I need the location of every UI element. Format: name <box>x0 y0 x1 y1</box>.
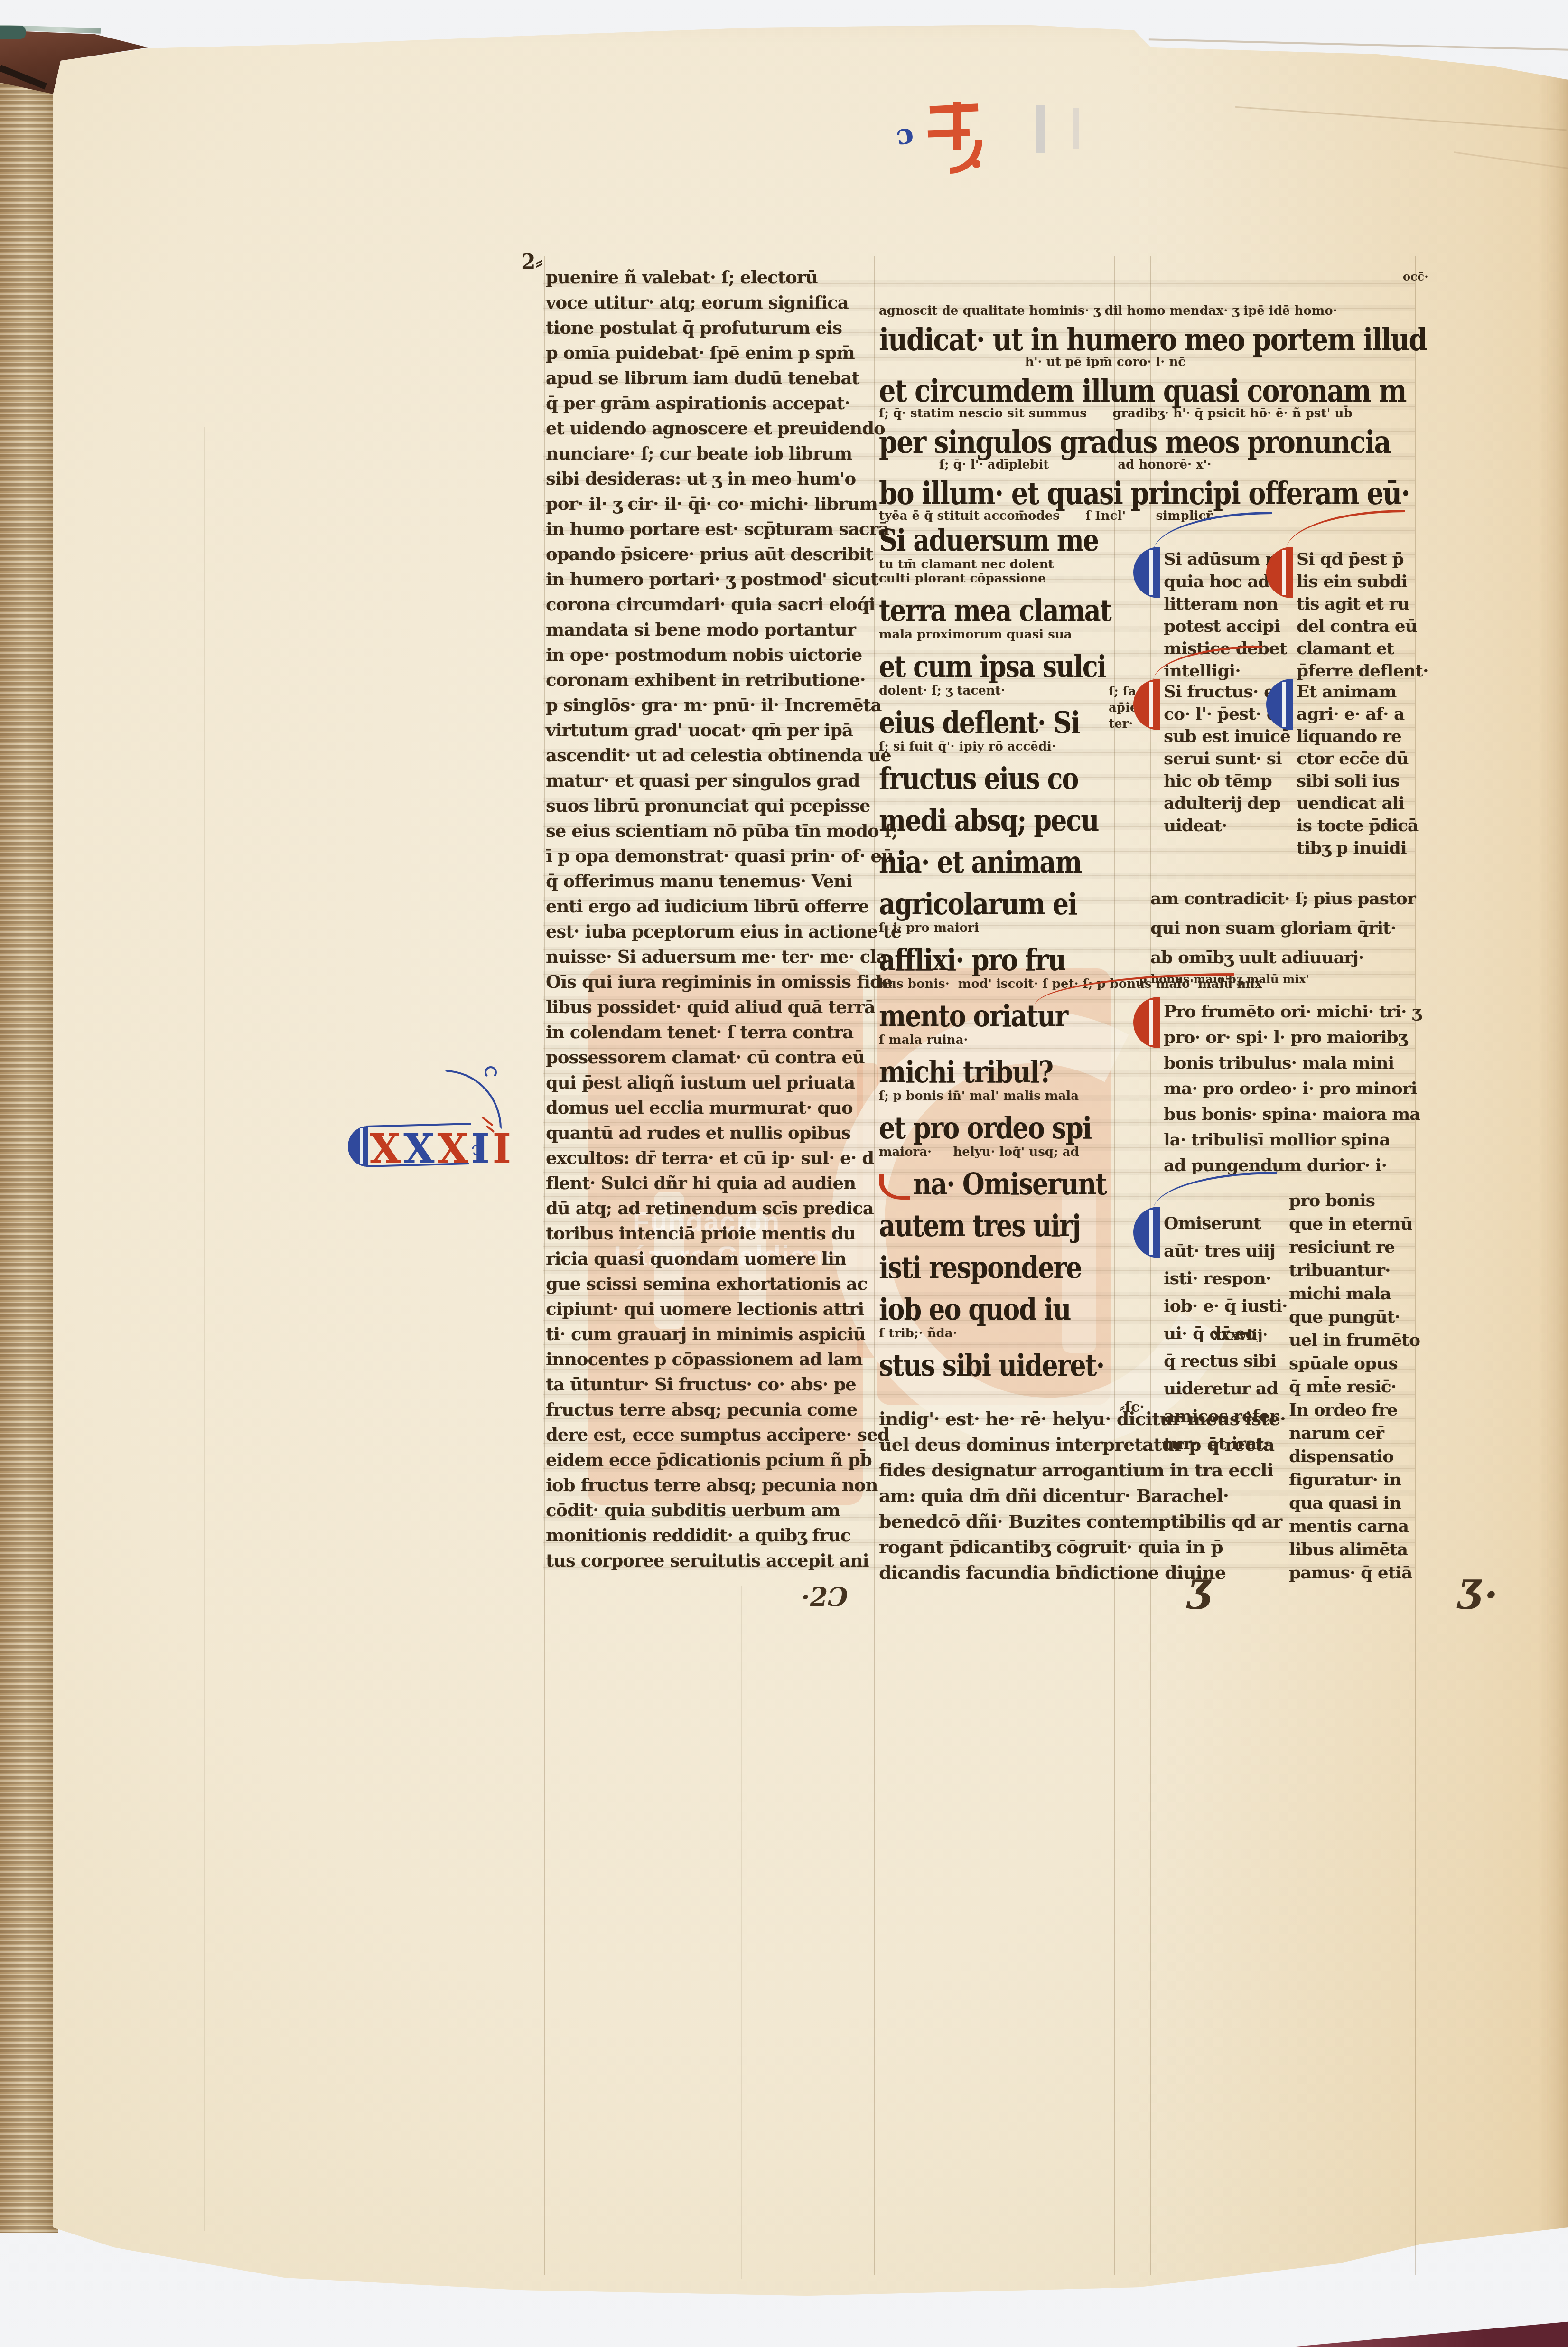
gloss-wide-merged: am contradicit· ſ; pius pastorqui non su… <box>1150 884 1416 972</box>
running-header-initial <box>928 102 985 173</box>
verse-line: iob eo quod iu <box>879 1285 1111 1334</box>
chapter-letter: X <box>403 1125 437 1172</box>
text-line: pamus· q̄ etiā <box>1289 1561 1415 1585</box>
text-line: qua quasi in <box>1289 1492 1415 1515</box>
verse-line: Si aduersum me <box>879 516 1111 565</box>
chapter-letter: X <box>370 1125 403 1172</box>
text-line: por· il· ʒ cir· il· q̄i· co· michi· libr… <box>546 491 861 516</box>
text-line: hic ob tēmp <box>1164 770 1278 792</box>
text-line: tus corporee seruitutis accepit ani <box>546 1548 861 1573</box>
text-line: innocentes p cōpassionem ad lam <box>546 1347 861 1372</box>
page-crease <box>741 1586 742 2279</box>
lower-book-corner <box>1291 2319 1568 2347</box>
text-line: cōdit· quia subditis uerbum am <box>546 1498 861 1523</box>
text-line: p̄ferre deflent· <box>1297 660 1415 682</box>
text-line: que pungūt· <box>1289 1305 1415 1329</box>
binding-cloth <box>0 26 26 39</box>
text-line: ctor ecc̄e dū <box>1297 748 1415 770</box>
text-line: dispensatio <box>1289 1445 1415 1468</box>
left-commentary-column: puenire ñ valebat· ſ; electorūvoce utitu… <box>546 265 861 1573</box>
text-line: dū atq; ad retinendum scīs predica <box>546 1196 861 1221</box>
verse-line: terra mea clamat <box>879 586 1111 635</box>
text-line: libus alimēta <box>1289 1538 1415 1561</box>
text-line: eidem ecce p̄dicationis pcium ñ pb̄ <box>546 1447 861 1473</box>
bottom-commentary: indig'· est· he· rē· helyu· dicitur meus… <box>879 1406 1263 1586</box>
text-line: nuisse· Si aduersum me· ter· me· cla <box>546 944 861 969</box>
text-line: fructus terre absq; pecunia come <box>546 1397 861 1422</box>
text-line: iob fructus terre absq; pecunia non <box>546 1473 861 1498</box>
text-line: benedcō dñi· Buzites contemptibilis qd a… <box>879 1509 1263 1534</box>
chapter-letter: I <box>493 1125 514 1172</box>
text-line: possessorem clamat· cū contra eū <box>546 1045 861 1070</box>
text-line: iob· e· q̄ iusti· <box>1164 1292 1278 1320</box>
bible-text-top-section: agnoscit de qualitate hominis· ʒ dil hom… <box>879 304 1420 523</box>
verse-line: et pro ordeo spi <box>879 1103 1111 1153</box>
book-page-block-edge <box>0 41 58 2233</box>
text-line: qui non suam gloriam q̄rit· <box>1150 913 1416 943</box>
interlinear-gloss: agnoscit de qualitate hominis· ʒ dil hom… <box>879 304 1420 318</box>
text-line: ī p opa demonstrat· quasi prin· of· eū <box>546 844 861 869</box>
quire-mark-right: Ʒ· <box>1458 1571 1498 1618</box>
text-line: tribuantur· <box>1289 1259 1415 1282</box>
text-line: la· tribulisī mollior spina <box>1164 1127 1420 1153</box>
text-line: p singlōs· gra· m· pnū· il· Incremēta <box>546 693 861 718</box>
text-line: del contra eū <box>1297 615 1415 638</box>
text-line: matur· et quasi per singulos grad <box>546 768 861 793</box>
text-line: Oīs qui iura regiminis in omissis fide <box>546 969 861 995</box>
text-line: resiciunt re <box>1289 1236 1415 1259</box>
text-line: spūale opus <box>1289 1352 1415 1375</box>
text-line: p omīa puidebat· ſpē enim p spm̄ <box>546 340 861 366</box>
text-line: coronam exhibent in retributione· <box>546 667 861 693</box>
text-line: lis ein subdi <box>1297 571 1415 593</box>
text-line: Si qd p̄est p̄ <box>1297 548 1415 571</box>
text-line: Et animam <box>1297 681 1415 703</box>
text-line: ad pungendum durior· i· <box>1164 1153 1420 1178</box>
text-line: Si adūsum me <box>1164 548 1278 571</box>
text-line: liquando re <box>1297 725 1415 748</box>
text-line: ricia quasi quondam uomere lin <box>546 1246 861 1271</box>
text-line: ascendit· ut ad celestia obtinenda ue <box>546 743 861 768</box>
text-line: qui p̄est aliqñ iustum uel priuata <box>546 1070 861 1095</box>
text-line: ti· cum grauarj in minimis aspiciū <box>546 1322 861 1347</box>
text-line: ui· q̄ dr̄ eo <box>1164 1320 1278 1347</box>
text-line: voce utitur· atq; eorum significa <box>546 290 861 315</box>
text-line: et uidendo agnoscere et preuidendo <box>546 416 861 441</box>
text-line: in ope· postmodum nobis uictorie <box>546 642 861 667</box>
verse-line: et cum ipsa sulci <box>879 642 1111 691</box>
text-line: Pro frumēto ori· michi· tri· ʒ <box>1164 999 1420 1024</box>
gloss-b-section-2: Et animamagri· e· af· aliquando rector e… <box>1297 681 1415 859</box>
text-line: serui sunt· si <box>1164 748 1278 770</box>
text-line: bonis tribulus· mala mini <box>1164 1050 1420 1076</box>
quire-mark-center: Ʒ <box>1187 1571 1213 1618</box>
text-line: uel deus dominus interpretatur p q̄ rect… <box>879 1432 1263 1457</box>
interlinear-gloss: culti plorant cōpassione <box>879 572 1111 586</box>
text-line: potest accipi <box>1164 615 1278 638</box>
text-line: puenire ñ valebat· ſ; electorū <box>546 265 861 290</box>
text-line: in colendam tenet· ſ terra contra <box>546 1020 861 1045</box>
text-line: ab omībʒ uult adiuuarj· <box>1150 943 1416 972</box>
text-line: opando p̄sicere· prius aūt describit <box>546 542 861 567</box>
red-paraph-mark <box>879 1174 910 1200</box>
folio-mark: 2⸗ <box>521 254 542 271</box>
text-line: gue scissi semina exhortationis ac <box>546 1271 861 1296</box>
text-line: tibʒ p inuidi <box>1297 837 1415 859</box>
vertical-ruling <box>1415 256 1416 2275</box>
gloss-b-section-3: pro bonisque in eternūresiciunt retribua… <box>1289 1189 1415 1585</box>
verse-line: per singulos gradus meos pronuncia <box>879 421 1420 464</box>
text-line: co· l'· p̄est· et <box>1164 703 1278 725</box>
text-line: in humero portari· ʒ postmod' sicut <box>546 567 861 592</box>
manuscript-photo: { "colors":{"red":"#c23b1f","blue":"#304… <box>0 0 1568 2347</box>
text-line: isti· respon· <box>1164 1265 1278 1292</box>
quire-mark-left: ·2Ɔ <box>801 1582 848 1612</box>
verse-line: agricolarum ei <box>879 879 1111 929</box>
text-line: is tocte p̄dicā <box>1297 815 1415 837</box>
text-line: clamant et <box>1297 638 1415 660</box>
text-line: tione postulat q̄ profuturum eis <box>546 315 861 340</box>
text-line: Si fructus· e· <box>1164 681 1278 703</box>
verse-line: et circumdem illum quasi coronam m <box>879 369 1420 413</box>
gloss-wide-red-section: Pro frumēto ori· michi· tri· ʒpro· or· s… <box>1164 999 1420 1178</box>
text-line: corona circumdari· quia sacri eloq́i <box>546 592 861 617</box>
text-line: bus bonis· spina· maiora ma <box>1164 1101 1420 1127</box>
chapter-letter: X <box>437 1125 471 1172</box>
text-line: toribus intenciā prioie mentis du <box>546 1221 861 1246</box>
header-offset-ghost <box>1073 108 1079 149</box>
text-line: excultos: dr̄ terra· et cū ip· sul· e· d <box>546 1145 861 1171</box>
text-line: q̄ offerimus manu tenemus· Veni <box>546 869 861 894</box>
text-line: uideat· <box>1164 815 1278 837</box>
text-line: flent· Sulci dñr hi quia ad audien <box>546 1171 861 1196</box>
text-line: narum cer̄ <box>1289 1422 1415 1445</box>
text-line: sub est inuicē <box>1164 725 1278 748</box>
text-line: domus uel ecclia murmurat· quo <box>546 1095 861 1120</box>
text-line: ma· pro ordeo· i· pro minori <box>1164 1076 1420 1101</box>
text-line: suos librū pronunciat qui pcepisse <box>546 793 861 818</box>
bible-text-main-column: Si aduersum metu tm̄ clamant nec dolentc… <box>879 516 1111 1382</box>
text-line: fides designatur arrogantium in tra eccl… <box>879 1457 1263 1483</box>
text-line: nunciare· ſ; cur beate iob librum <box>546 441 861 466</box>
text-line: adulterij dep <box>1164 792 1278 815</box>
text-line: In ordeo fre <box>1289 1399 1415 1422</box>
text-line: indig'· est· he· rē· helyu· dicitur meus… <box>879 1406 1263 1432</box>
text-line: pro bonis <box>1289 1189 1415 1212</box>
text-line: apud se librum iam dudū tenebat <box>546 366 861 391</box>
text-line: uideretur ad <box>1164 1375 1278 1402</box>
margin-note-top-right: occ̄· <box>1403 269 1428 285</box>
gloss-a-section-2: Si fructus· e·co· l'· p̄est· etsub est i… <box>1164 681 1278 837</box>
text-line: sibi soli ius <box>1297 770 1415 792</box>
text-line: mentis carna <box>1289 1515 1415 1538</box>
text-line: dere est, ecce sumptus accipere· sed <box>546 1422 861 1447</box>
text-line: enti ergo ad iudicium librū offerre <box>546 894 861 919</box>
chapter-number-cartouche: XXXII ɔ <box>344 1098 501 1188</box>
text-line: virtutum grad' uocat· qm̄ per ipā <box>546 718 861 743</box>
text-line: quia hoc ad <box>1164 571 1278 593</box>
text-line: q̄ rectus sibi <box>1164 1347 1278 1375</box>
text-line: se eius scientiam nō pūba tīn modo ſ; <box>546 818 861 844</box>
text-line: ta ūtuntur· Si fructus· co· abs· pe <box>546 1372 861 1397</box>
cartouche-cap <box>348 1126 368 1167</box>
text-line: tis agit et ru <box>1297 593 1415 615</box>
text-line: Omiserunt <box>1164 1210 1278 1237</box>
text-line: uel in frumēto <box>1289 1329 1415 1352</box>
text-line: uendicat ali <box>1297 792 1415 815</box>
header-offset-ghost <box>1036 105 1045 153</box>
text-line: figuratur· in <box>1289 1468 1415 1492</box>
cartouche-flourish-curl <box>485 1066 497 1079</box>
text-line: mandata si bene modo portantur <box>546 617 861 642</box>
verse-line: michi tribul? <box>879 1047 1111 1097</box>
gloss-b-section-1: Si qd p̄est p̄lis ein subditis agit et r… <box>1297 548 1415 682</box>
text-line: aūt· tres uiij <box>1164 1237 1278 1265</box>
page-crease <box>204 427 205 2231</box>
verse-line: eius deflent· Si <box>879 698 1111 747</box>
text-line: cipiunt· qui uomere lectionis attri <box>546 1296 861 1322</box>
text-line: monitionis reddidit· a quibʒ fruc <box>546 1523 861 1548</box>
text-line: rogant p̄dicantibʒ cōgruit· quia in p̄ <box>879 1534 1263 1560</box>
text-line: que in eternū <box>1289 1212 1415 1236</box>
text-line: am: quia dm̄ dñi dicentur· Barachel· <box>879 1483 1263 1509</box>
text-line: libus possidet· quid aliud quā terrā <box>546 995 861 1020</box>
verse-line: iudicat· ut in humero meo portem illud <box>879 318 1420 362</box>
text-line: litteram non <box>1164 593 1278 615</box>
text-line: agri· e· af· a <box>1297 703 1415 725</box>
text-line: est· iuba pceptorum eius in actione te <box>546 919 861 944</box>
text-line: pro· or· spi· l· pro maioribʒ <box>1164 1024 1420 1050</box>
text-line: q̄ mt̄e resic̄· <box>1289 1375 1415 1399</box>
verse-line: bo illum· et quasi principi offeram eū· <box>879 472 1420 516</box>
text-line: sibi desideras: ut ʒ in meo hum'o <box>546 466 861 491</box>
text-line: q̄ per grām aspirationis accepat· <box>546 391 861 416</box>
verse-line: afflixi· pro fru <box>879 935 1111 985</box>
text-line: michi mala <box>1289 1282 1415 1305</box>
verse-line: stus sibi uideret· <box>879 1341 1111 1390</box>
text-line: am contradicit· ſ; pius pastor <box>1150 884 1416 913</box>
text-line: quantū ad rudes et nullis opibus <box>546 1120 861 1145</box>
text-line: in humo portare est· scp̄turam sacrā <box>546 516 861 542</box>
